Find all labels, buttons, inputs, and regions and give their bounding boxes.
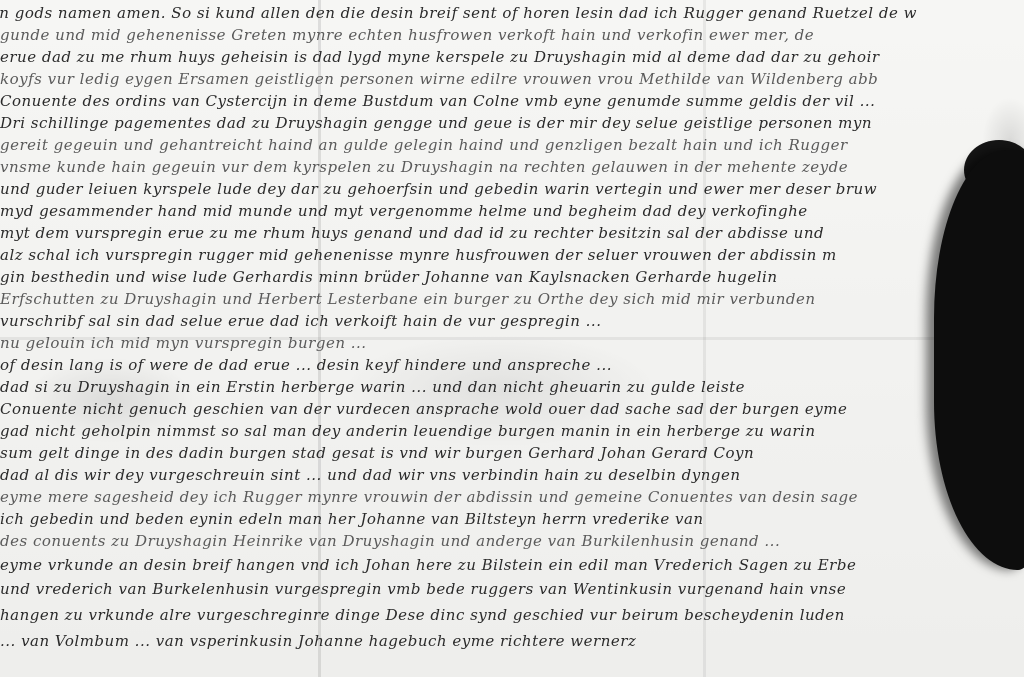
text-line: und vrederich van Burkelenhusin vurgespr… xyxy=(0,580,846,598)
text-line: gin besthedin und wise lude Gerhardis mi… xyxy=(0,268,778,286)
ink-stain xyxy=(934,150,1024,570)
text-line: ich gebedin und beden eynin edeln man he… xyxy=(0,510,704,528)
text-line: sum gelt dinge in des dadin burgen stad … xyxy=(0,444,754,462)
text-line: of desin lang is of were de dad erue ...… xyxy=(0,356,612,374)
text-line: eyme vrkunde an desin breif hangen vnd i… xyxy=(0,556,856,574)
text-line: koyfs vur ledig eygen Ersamen geistligen… xyxy=(0,70,878,88)
manuscript-page: in gods namen amen. So si kund allen den… xyxy=(0,0,1024,677)
text-line: Conuente nicht genuch geschien van der v… xyxy=(0,400,847,418)
text-line: alz schal ich vurspregin rugger mid gehe… xyxy=(0,246,837,264)
text-line: Dri schillinge pagementes dad zu Druysha… xyxy=(0,114,872,132)
text-line: eyme mere sagesheid dey ich Rugger mynre… xyxy=(0,488,858,506)
text-line: Erfschutten zu Druyshagin und Herbert Le… xyxy=(0,290,816,308)
text-line: gunde und mid gehenenisse Greten mynre e… xyxy=(0,26,814,44)
text-line: in gods namen amen. So si kund allen den… xyxy=(0,4,917,22)
text-line: Conuente des ordins van Cystercijn in de… xyxy=(0,92,875,110)
text-line: ... van Volmbum ... van vsperinkusin Joh… xyxy=(0,632,636,650)
text-line: vnsme kunde hain gegeuin vur dem kyrspel… xyxy=(0,158,848,176)
text-line: myd gesammender hand mid munde und myt v… xyxy=(0,202,808,220)
text-line: gereit gegeuin und gehantreicht haind an… xyxy=(0,136,848,154)
text-line: erue dad zu me rhum huys geheisin is dad… xyxy=(0,48,880,66)
text-line: und guder leiuen kyrspele lude dey dar z… xyxy=(0,180,877,198)
text-line: myt dem vurspregin erue zu me rhum huys … xyxy=(0,224,824,242)
text-line: nu gelouin ich mid myn vurspregin burgen… xyxy=(0,334,367,352)
text-line: dad si zu Druyshagin in ein Erstin herbe… xyxy=(0,378,745,396)
text-line: hangen zu vrkunde alre vurgeschreginre d… xyxy=(0,606,845,624)
text-line: dad al dis wir dey vurgeschreuin sint ..… xyxy=(0,466,741,484)
text-line: gad nicht geholpin nimmst so sal man dey… xyxy=(0,422,816,440)
text-line: vurschribf sal sin dad selue erue dad ic… xyxy=(0,312,601,330)
text-line: des conuents zu Druyshagin Heinrike van … xyxy=(0,532,780,550)
